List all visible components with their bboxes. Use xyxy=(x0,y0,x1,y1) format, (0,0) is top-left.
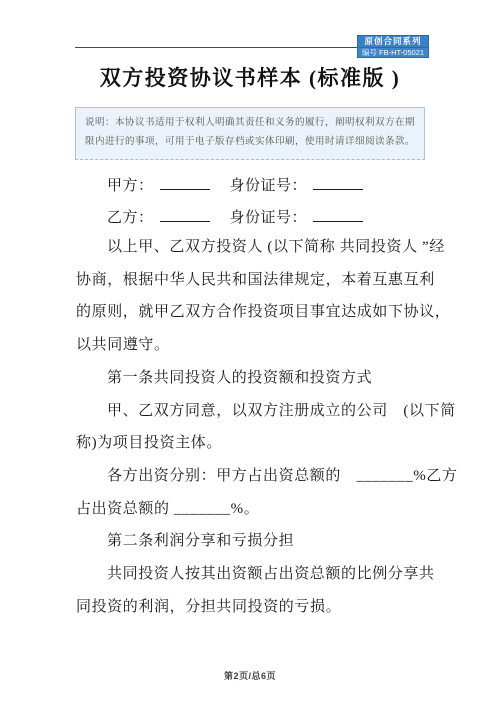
party-b-blank xyxy=(160,203,210,222)
page-number: 第2页/总6页 xyxy=(0,669,500,682)
body-line: 各方出资分别：甲方占出资总额的 _______%乙方 xyxy=(76,460,426,493)
body-line: 以上甲、乙双方投资人 (以下简称 共同投资人 ”经 xyxy=(76,231,426,264)
party-a-blank xyxy=(160,171,210,190)
body-line: 的原则，就甲乙双方合作投资项目事宜达成如下协议， xyxy=(76,296,426,329)
header-rule xyxy=(75,47,359,48)
body-line: 占出资总额的 _______%。 xyxy=(76,493,426,526)
series-badge-number: 编号 FB-HT-05021 xyxy=(357,48,429,58)
party-a-id-label: 身份证号： xyxy=(230,178,308,194)
body-line-clause-1: 第一条共同投资人的投资额和投资方式 xyxy=(76,362,426,395)
body-line: 共同投资人按其出资额占出资总额的比例分享共 xyxy=(76,558,426,591)
body-line-clause-2: 第二条利润分享和亏损分担 xyxy=(76,525,426,558)
page-title: 双方投资协议书样本 (标准版 ) xyxy=(0,62,500,92)
body-line: 同投资的利润，分担共同投资的亏损。 xyxy=(76,591,426,624)
notice-box: 说明：本协议书适用于权利人明确其责任和义务的履行，阐明权利双方在期限内进行的事项… xyxy=(75,107,425,160)
party-a-id-blank xyxy=(313,171,363,190)
party-b-row: 乙方：身份证号： xyxy=(107,202,369,234)
body-line: 以共同遵守。 xyxy=(76,329,426,362)
series-badge: 原创合同系列 编号 FB-HT-05021 xyxy=(357,35,429,58)
series-badge-title: 原创合同系列 xyxy=(357,35,429,48)
party-b-id-blank xyxy=(313,203,363,222)
party-b-label: 乙方： xyxy=(107,210,154,226)
body-line: 称)为项目投资主体。 xyxy=(76,427,426,460)
body-line: 协商，根据中华人民共和国法律规定，本着互惠互利 xyxy=(76,264,426,297)
party-b-id-label: 身份证号： xyxy=(230,210,308,226)
party-a-label: 甲方： xyxy=(107,178,154,194)
party-form: 甲方：身份证号： 乙方：身份证号： xyxy=(107,170,369,234)
body-line: 甲、乙双方同意，以双方注册成立的公司 (以下简 xyxy=(76,395,426,428)
party-a-row: 甲方：身份证号： xyxy=(107,170,369,202)
document-page: 原创合同系列 编号 FB-HT-05021 双方投资协议书样本 (标准版 ) 说… xyxy=(0,0,500,708)
agreement-body: 以上甲、乙双方投资人 (以下简称 共同投资人 ”经 协商，根据中华人民共和国法律… xyxy=(76,231,426,623)
